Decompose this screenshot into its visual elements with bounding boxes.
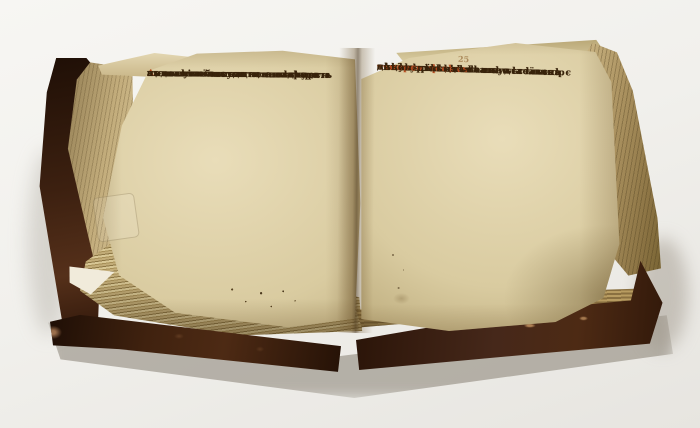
right-page-manuscript-text: цѣ пакєлицѣ амєланѣкєратьиаиналѣтїи гдѣт… bbox=[371, 62, 611, 267]
ink-stains-left-page bbox=[222, 278, 307, 316]
page-number: 25 bbox=[458, 54, 469, 64]
page-crease-mark bbox=[92, 192, 140, 242]
left-page-manuscript-text: аслааниерѣ хитисъ отрѣкаланадъкникїи суд… bbox=[145, 69, 355, 276]
photo-open-manuscript-book: аслааниерѣ хитисъ отрѣкаланадъкникїи суд… bbox=[0, 0, 700, 428]
